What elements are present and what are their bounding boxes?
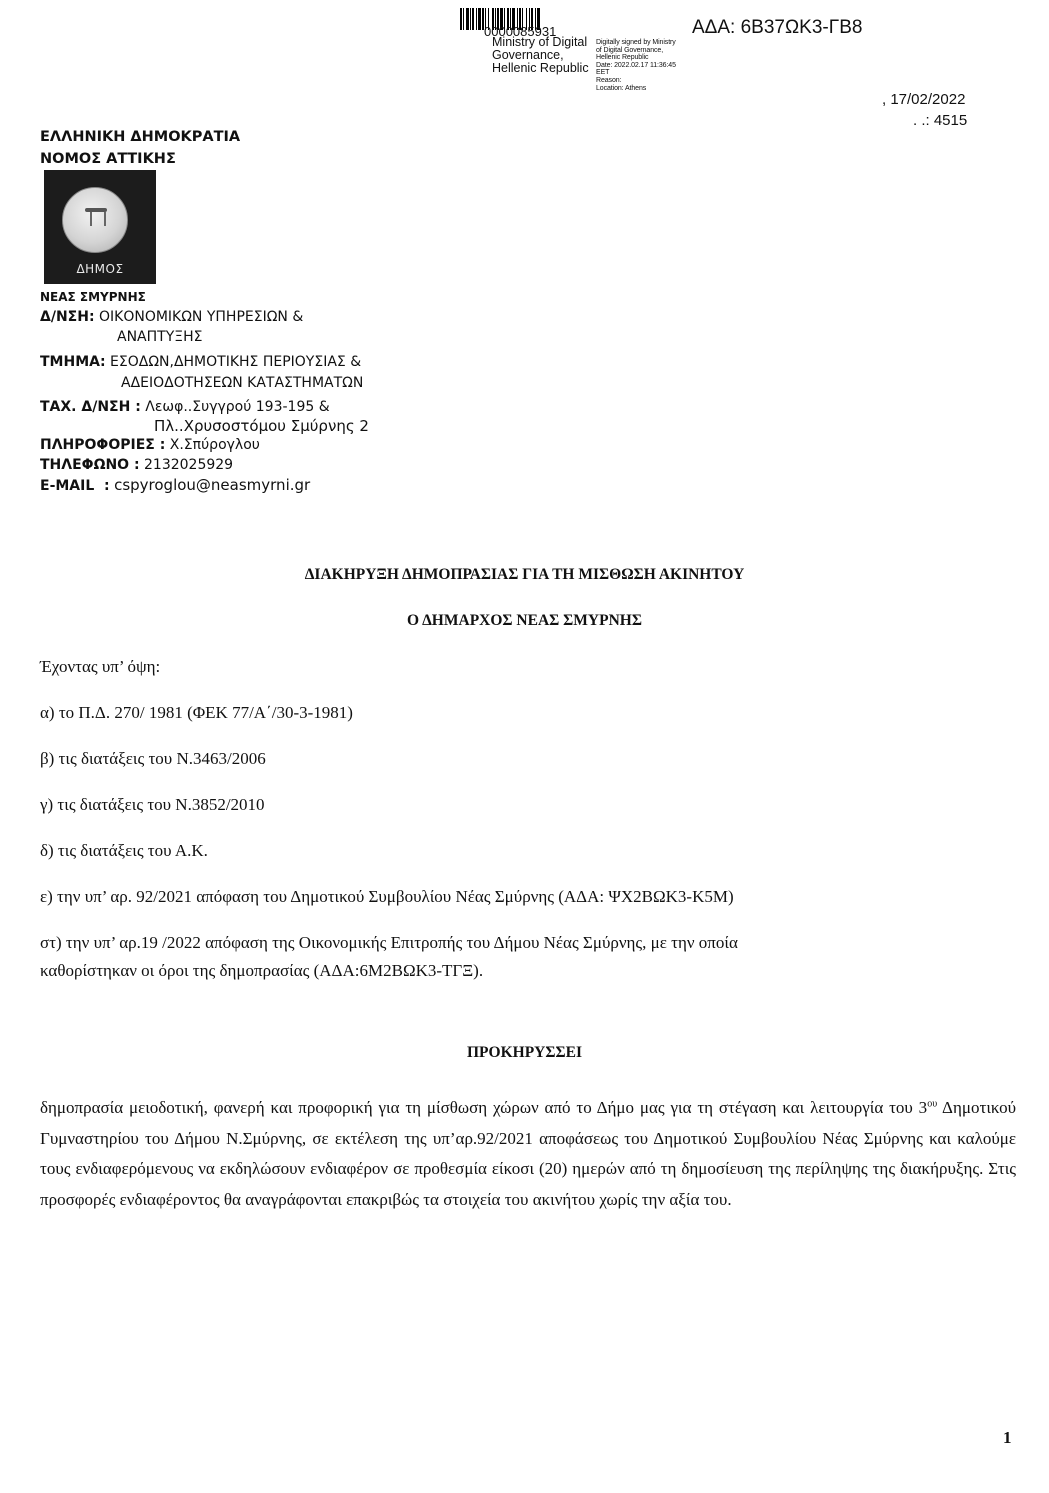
signature-detail-line: Digitally signed by Ministry (596, 39, 716, 47)
document-title: ΔΙΑΚΗΡΥΞΗ ΔΗΜΟΠΡΑΣΙΑΣ ΓΙΑ ΤΗ ΜΙΣΘΩΣΗ ΑΚΙ… (0, 565, 1049, 585)
consideration-item: δ) τις διατάξεις του Α.Κ. (40, 841, 208, 861)
page-number: 1 (1003, 1428, 1012, 1448)
document-subtitle: Ο ΔΗΜΑΡΧΟΣ ΝΕΑΣ ΣΜΥΡΝΗΣ (0, 611, 1049, 631)
signature-detail-line: EET (596, 69, 716, 77)
phone-value: 2132025929 (144, 457, 233, 473)
consideration-item: β) τις διατάξεις του Ν.3463/2006 (40, 749, 266, 769)
info-label: ΠΛΗΡΟΦΟΡΙΕΣ : (40, 437, 165, 453)
email-line: E-MAIL : cspyroglou@neasmyrni.gr (40, 475, 310, 496)
municipality-name: ΝΕΑΣ ΣΜΥΡΝΗΣ (40, 290, 146, 304)
proclamation-body: δημοπρασία μειοδοτική, φανερή και προφορ… (40, 1093, 1016, 1215)
signer-name: Ministry of Digital Governance, Hellenic… (492, 36, 602, 75)
address-value: Λεωφ..Συγγρού 193-195 & (145, 399, 329, 415)
department-value-cont: ΑΔΕΙΟΔΟΤΗΣΕΩΝ ΚΑΤΑΣΤΗΜΑΤΩΝ (121, 373, 363, 393)
email-label: E-MAIL : (40, 478, 110, 494)
body-text: δημοπρασία μειοδοτική, φανερή και προφορ… (40, 1098, 927, 1117)
directorate-value: ΟΙΚΟΝΟΜΙΚΩΝ ΥΠΗΡΕΣΙΩΝ & (99, 309, 303, 325)
signature-details: Digitally signed by Ministry of Digital … (596, 39, 716, 92)
ada-code: ΑΔΑ: 6Β37ΩΚ3-ΓΒ8 (692, 17, 862, 39)
signer-line: Hellenic Republic (492, 62, 602, 75)
phone-line: ΤΗΛΕΦΩΝΟ : 2132025929 (40, 455, 233, 475)
info-value: Χ.Σπύρογλου (170, 437, 260, 453)
signature-detail-line: of Digital Governance, (596, 47, 716, 55)
signature-detail-line: Location: Athens (596, 85, 716, 93)
municipality-logo: ΔΗΜΟΣ (44, 170, 156, 284)
address-value-cont: Πλ..Χρυσοστόμου Σμύρνης 2 (154, 416, 369, 436)
document-date: , 17/02/2022 (882, 91, 965, 109)
phone-label: ΤΗΛΕΦΩΝΟ : (40, 457, 140, 473)
logo-text: ΔΗΜΟΣ (44, 262, 156, 276)
proclaims-heading: ΠΡΟΚΗΡΥΣΣΕΙ (0, 1043, 1049, 1063)
considerations-intro: Έχοντας υπ’ όψη: (40, 657, 160, 677)
department-label: ΤΜΗΜΑ: (40, 354, 106, 370)
signature-detail-line: Date: 2022.02.17 11:36:45 (596, 62, 716, 70)
protocol-number: . .: 4515 (913, 112, 967, 130)
department-line: ΤΜΗΜΑ: ΕΣΟΔΩΝ,ΔΗΜΟΤΙΚΗΣ ΠΕΡΙΟΥΣΙΑΣ & (40, 352, 361, 372)
consideration-item: ε) την υπ’ αρ. 92/2021 απόφαση του Δημοτ… (40, 887, 734, 907)
republic-heading: ΕΛΛΗΝΙΚΗ ΔΗΜΟΚΡΑΤΙΑ (40, 127, 240, 147)
info-line: ΠΛΗΡΟΦΟΡΙΕΣ : Χ.Σπύρογλου (40, 435, 260, 455)
directorate-line: Δ/ΝΣΗ: ΟΙΚΟΝΟΜΙΚΩΝ ΥΠΗΡΕΣΙΩΝ & (40, 307, 303, 327)
ordinal-suffix: ου (927, 1098, 937, 1109)
signature-detail-line: Hellenic Republic (596, 54, 716, 62)
address-line: ΤΑΧ. Δ/ΝΣΗ : Λεωφ..Συγγρού 193-195 & (40, 397, 330, 417)
consideration-item: γ) τις διατάξεις του Ν.3852/2010 (40, 795, 265, 815)
prefecture-heading: ΝΟΜΟΣ ΑΤΤΙΚΗΣ (40, 149, 176, 169)
address-label: ΤΑΧ. Δ/ΝΣΗ : (40, 399, 141, 415)
consideration-item: στ) την υπ’ αρ.19 /2022 απόφαση της Οικο… (40, 933, 738, 953)
email-value: cspyroglou@neasmyrni.gr (114, 476, 310, 494)
consideration-item-cont: καθορίστηκαν οι όροι της δημοπρασίας (ΑΔ… (40, 961, 483, 981)
coin-emblem-icon (62, 187, 128, 253)
directorate-label: Δ/ΝΣΗ: (40, 309, 95, 325)
department-value: ΕΣΟΔΩΝ,ΔΗΜΟΤΙΚΗΣ ΠΕΡΙΟΥΣΙΑΣ & (110, 354, 361, 370)
consideration-item: α) το Π.Δ. 270/ 1981 (ΦΕΚ 77/Α΄/30-3-198… (40, 703, 353, 723)
signature-detail-line: Reason: (596, 77, 716, 85)
directorate-value-cont: ΑΝΑΠΤΥΞΗΣ (117, 327, 202, 347)
